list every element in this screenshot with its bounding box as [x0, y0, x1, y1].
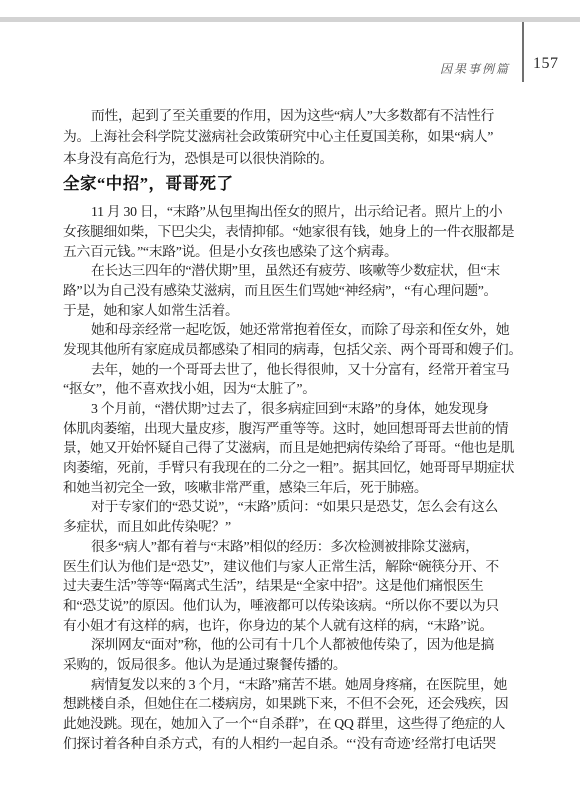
text-line: 和“恐艾说”的原因。他们认为，唾液都可以传染该病。“所以你不要以为只: [63, 596, 523, 616]
text-line: 她和母亲经常一起吃饭，她还常常抱着侄女，而除了母亲和侄女外，她: [63, 320, 523, 340]
text-line: 体肌肉萎缩，出现大量皮疹，腹泻严重等等。这时，她回想哥哥去世前的情: [63, 419, 523, 439]
text-line: 本身没有高危行为，恐惧是可以很快消除的。: [63, 148, 523, 169]
header-divider: [522, 22, 524, 82]
text-line: 于是，她和家人如常生活着。: [63, 301, 523, 321]
text-line: 为。上海社会科学院艾滋病社会政策研究中心主任夏国美称，如果“病人”: [63, 126, 523, 147]
text-line: 想跳楼自杀，但她住在二楼病房，如果跳下来，不但不会死，还会残疾，因: [63, 694, 523, 714]
text-line: 采购的，饭局很多。他认为是通过聚餐传播的。: [63, 655, 523, 675]
text-line: 此她没跳。现在，她加入了一个“自杀群”，在 QQ 群里，这些得了绝症的人: [63, 714, 523, 734]
section-heading: 全家“中招”，哥哥死了: [63, 173, 523, 195]
text-line: 而性，起到了至关重要的作用，因为这些“病人”大多数都有不洁性行: [63, 105, 523, 126]
text-line: 发现其他所有家庭成员都感染了相同的病毒，包括父亲、两个哥哥和嫂子们。: [63, 340, 523, 360]
text-line: 对于专家们的“恐艾说”，“末路”质问：“如果只是恐艾，怎么会有这么: [63, 497, 523, 517]
paragraph-block-body: 11 月 30 日，“末路”从包里掏出侄女的照片，出示给记者。照片上的小女孩腿细…: [63, 202, 523, 753]
text-line: 路”以为自己没有感染艾滋病，而且医生们骂她“神经病”，“有心理问题”。: [63, 281, 523, 301]
text-line: 有小姐才有这样的病，也许，你身边的某个人就有这样的病，“末路”说。: [63, 616, 523, 636]
text-line: 11 月 30 日，“末路”从包里掏出侄女的照片，出示给记者。照片上的小: [63, 202, 523, 222]
text-line: 很多“病人”都有着与“末路”相似的经历：多次检测被排除艾滋病，: [63, 537, 523, 557]
text-line: 病情复发以来的 3 个月，“末路”痛苦不堪。她周身疼痛，在医院里，她: [63, 675, 523, 695]
text-line: 景，她又开始怀疑自己得了艾滋病，而且是她把病传染给了哥哥。“他也是肌: [63, 438, 523, 458]
text-line: 肉萎缩，死前，手臂只有我现在的二分之一粗”。据其回忆，她哥哥早期症状: [63, 458, 523, 478]
text-line: 五六百元钱。”“末路”说。但是小女孩也感染了这个病毒。: [63, 242, 523, 262]
text-line: “抠女”，他不喜欢找小姐，因为“太脏了”。: [63, 379, 523, 399]
page-top-edge: [0, 17, 580, 22]
paragraph-block-intro: 而性，起到了至关重要的作用，因为这些“病人”大多数都有不洁性行为。上海社会科学院…: [63, 105, 523, 169]
text-line: 在长达三四年的“潜伏期”里，虽然还有疲劳、咳嗽等少数症状，但“末: [63, 261, 523, 281]
text-line: 和她当初完全一致，咳嗽非常严重，感染三年后，死于肺癌。: [63, 478, 523, 498]
chapter-title: 因果事例篇: [440, 60, 510, 77]
text-line: 医生们认为他们是“恐艾”，建议他们与家人正常生活，解除“碗筷分开、不: [63, 557, 523, 577]
page-number: 157: [533, 55, 559, 73]
text-line: 过夫妻生活”等等“隔离式生活”，结果是“全家中招”。这是他们痛恨医生: [63, 576, 523, 596]
book-page: 因果事例篇 157 而性，起到了至关重要的作用，因为这些“病人”大多数都有不洁性…: [0, 0, 580, 794]
text-line: 去年，她的一个哥哥去世了，他长得很帅，又十分富有，经常开着宝马: [63, 360, 523, 380]
text-line: 多症状，而且如此传染呢？”: [63, 517, 523, 537]
text-line: 女孩腿细如柴，下巴尖尖，表情抑郁。“她家很有钱，她身上的一件衣服都是: [63, 222, 523, 242]
text-line: 深圳网友“面对”称，他的公司有十几个人都被他传染了，因为他是搞: [63, 635, 523, 655]
page-body: 而性，起到了至关重要的作用，因为这些“病人”大多数都有不洁性行为。上海社会科学院…: [63, 105, 523, 753]
text-line: 3 个月前，“潜伏期”过去了，很多病症回到“末路”的身体，她发现身: [63, 399, 523, 419]
text-line: 们探讨着各种自杀方式，有的人相约一起自杀。“‘没有奇迹’经常打电话哭: [63, 734, 523, 754]
